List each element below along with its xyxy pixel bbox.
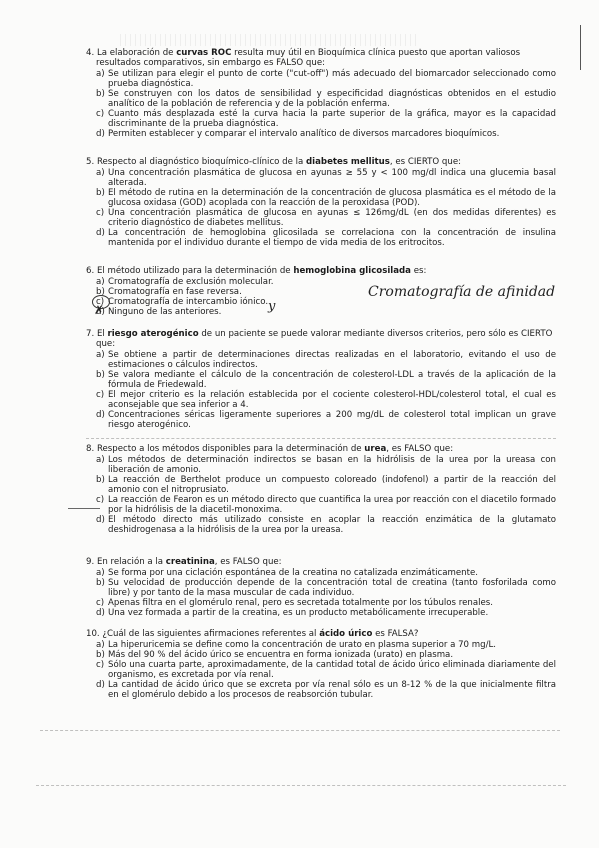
option-b: b)Más del 90 % del ácido úrico se encuen… — [86, 650, 556, 660]
option-d: d)El método directo más utilizado consis… — [86, 515, 556, 535]
option-a: a)Se obtiene a partir de determinaciones… — [86, 350, 556, 370]
option-b: b)La reacción de Berthelot produce un co… — [86, 475, 556, 495]
option-a: a)Una concentración plasmática de glucos… — [86, 168, 556, 188]
option-d: d)La concentración de hemoglobina glicos… — [86, 228, 556, 248]
scanned-exam-page: 4. La elaboración de curvas ROC resulta … — [0, 0, 599, 848]
handwritten-answer: Cromatografía de afinidad — [368, 284, 555, 300]
option-b: b)Cromatografía en fase reversa. — [86, 287, 306, 297]
option-d: d)Permiten establecer y comparar el inte… — [86, 129, 556, 139]
question-stem: 9. En relación a la creatinina, es FALSO… — [86, 557, 556, 567]
question-7: 7. El riesgo aterogénico de un paciente … — [86, 329, 556, 430]
option-a: a)Se utilizan para elegir el punto de co… — [86, 69, 556, 89]
question-stem: 8. Respecto a los métodos disponibles pa… — [86, 444, 556, 454]
option-a: a)La hiperuricemia se define como la con… — [86, 640, 556, 650]
option-c: c)El mejor criterio es la relación estab… — [86, 390, 556, 410]
option-d: d)Una vez formada a partir de la creatin… — [86, 608, 556, 618]
margin-underline — [68, 508, 100, 509]
question-8: 8. Respecto a los métodos disponibles pa… — [86, 444, 556, 535]
option-b: b)Se construyen con los datos de sensibi… — [86, 89, 556, 109]
handwritten-mark: y — [268, 299, 275, 314]
question-10: 10. ¿Cuál de las siguientes afirmaciones… — [86, 629, 556, 700]
separator-line — [40, 730, 560, 731]
option-c: c)La reacción de Fearon es un método dir… — [86, 495, 556, 515]
option-c: c)Una concentración plasmática de glucos… — [86, 208, 556, 228]
option-d: d)Concentraciones séricas ligeramente su… — [86, 410, 556, 430]
separator-line — [36, 785, 566, 786]
option-d: d)La cantidad de ácido úrico que se excr… — [86, 680, 556, 700]
option-a: a)Los métodos de determinación indirecto… — [86, 455, 556, 475]
option-a: a)Cromatografía de exclusión molecular. — [86, 277, 306, 287]
option-c: c)Cuanto más desplazada esté la curva ha… — [86, 109, 556, 129]
question-stem: 5. Respecto al diagnóstico bioquímico-cl… — [86, 157, 556, 167]
separator-line — [86, 438, 556, 439]
question-5: 5. Respecto al diagnóstico bioquímico-cl… — [86, 157, 556, 248]
scan-noise — [120, 34, 420, 46]
question-stem: 6. El método utilizado para la determina… — [86, 266, 556, 276]
cross-mark-icon: ✗ — [94, 303, 104, 317]
option-c: c)Sólo una cuarta parte, aproximadamente… — [86, 660, 556, 680]
question-stem: 4. La elaboración de curvas ROC resulta … — [86, 48, 556, 68]
question-9: 9. En relación a la creatinina, es FALSO… — [86, 557, 556, 618]
question-4: 4. La elaboración de curvas ROC resulta … — [86, 48, 556, 139]
question-stem: 7. El riesgo aterogénico de un paciente … — [86, 329, 556, 349]
option-c: c)Apenas filtra en el glomérulo renal, p… — [86, 598, 556, 608]
option-b: b)Se valora mediante el cálculo de la co… — [86, 370, 556, 390]
option-b: b)El método de rutina en la determinació… — [86, 188, 556, 208]
option-a: a)Se forma por una ciclación espontánea … — [86, 568, 556, 578]
question-stem: 10. ¿Cuál de las siguientes afirmaciones… — [86, 629, 556, 639]
option-b: b)Su velocidad de producción depende de … — [86, 578, 556, 598]
scan-edge-mark — [580, 25, 581, 70]
